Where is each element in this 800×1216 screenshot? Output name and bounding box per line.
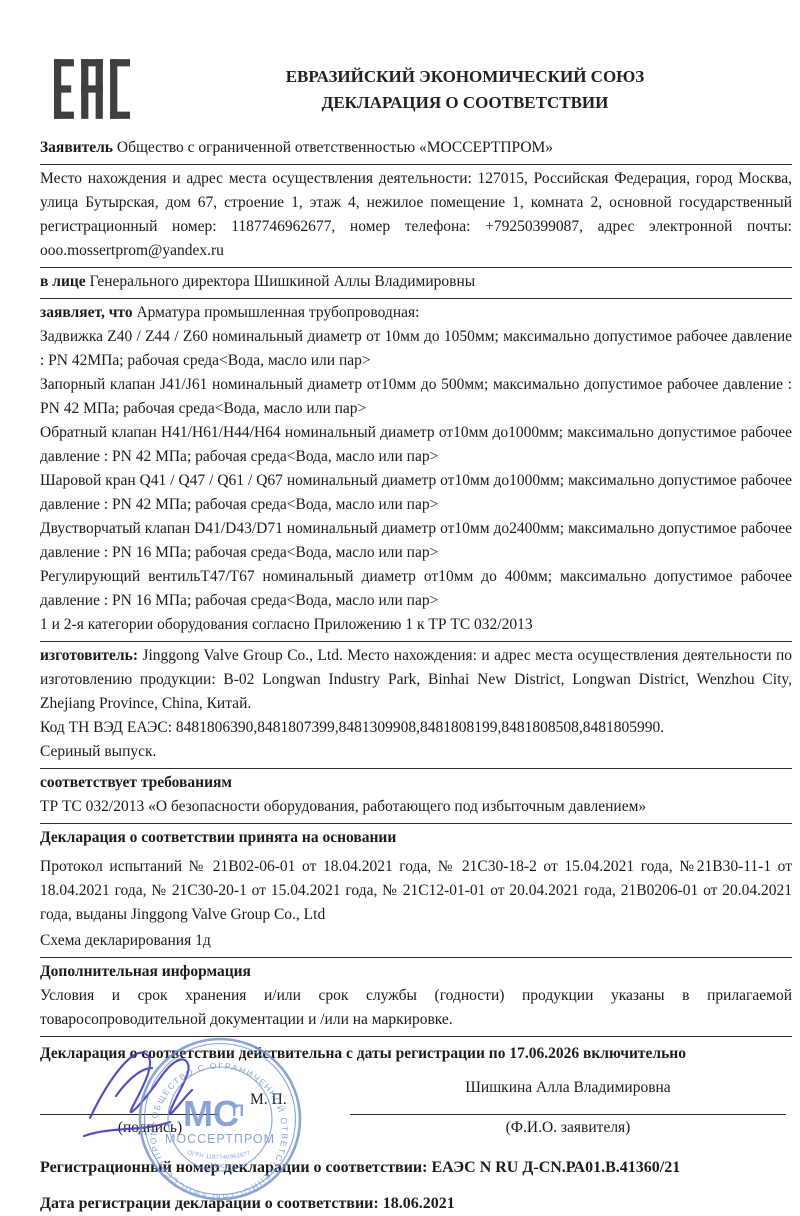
basis-label: Декларация о соответствии принята на осн…	[40, 829, 396, 846]
declaration-document: ЕВРАЗИЙСКИЙ ЭКОНОМИЧЕСКИЙ СОЮЗ ДЕКЛАРАЦИ…	[40, 56, 792, 1216]
tnved-codes: 8481806390,8481807399,8481309908,8481808…	[176, 719, 664, 736]
basis-section: Декларация о соответствии принята на осн…	[40, 824, 792, 958]
signature-line	[40, 1114, 218, 1115]
fio-caption: (Ф.И.О. заявителя)	[350, 1116, 786, 1140]
manufacturer-info: Jinggong Valve Group Co., Ltd. Место нах…	[40, 647, 792, 712]
product-item: Задвижка Z40 / Z44 / Z60 номинальный диа…	[40, 325, 792, 373]
tnved-label: Код ТН ВЭД ЕАЭС:	[40, 719, 172, 736]
document-titles: ЕВРАЗИЙСКИЙ ЭКОНОМИЧЕСКИЙ СОЮЗ ДЕКЛАРАЦИ…	[138, 56, 792, 116]
product-name: Арматура промышленная трубопроводная:	[136, 304, 419, 321]
compliance-text: ТР ТС 032/2013 «О безопасности оборудова…	[40, 795, 792, 819]
signature-caption: (подпись)	[70, 1116, 230, 1140]
compliance-section: соответствует требованиям ТР ТС 032/2013…	[40, 769, 792, 824]
applicant-row: Заявитель Общество с ограниченной ответс…	[40, 134, 792, 165]
product-section: заявляет, что Арматура промышленная труб…	[40, 299, 792, 642]
manufacturer-label: изготовитель:	[40, 647, 138, 664]
registration-number-row: Регистрационный номер декларации о соотв…	[40, 1156, 792, 1180]
representative-row: в лице Генерального директора Шишкиной А…	[40, 268, 792, 299]
product-item: Регулирующий вентильT47/T67 номинальный …	[40, 565, 792, 613]
representative-label: в лице	[40, 273, 86, 290]
product-item: Шаровой кран Q41 / Q47 / Q61 / Q67 номин…	[40, 469, 792, 517]
applicant-fio: Шишкина Алла Владимировна	[350, 1076, 786, 1100]
applicant-name: Общество с ограниченной ответственностью…	[117, 139, 553, 156]
mp-mark: М. П.	[250, 1088, 287, 1112]
tnved-row: Код ТН ВЭД ЕАЭС: 8481806390,8481807399,8…	[40, 716, 792, 740]
product-item: Двустворчатый клапан D41/D43/D71 номинал…	[40, 517, 792, 565]
manufacturer-section: изготовитель: Jinggong Valve Group Co., …	[40, 642, 792, 769]
eac-mark-icon	[54, 56, 130, 122]
additional-info-label: Дополнительная информация	[40, 963, 251, 980]
manufacturer-row: изготовитель: Jinggong Valve Group Co., …	[40, 644, 792, 716]
compliance-label: соответствует требованиям	[40, 774, 232, 791]
declares-label: заявляет, что	[40, 304, 133, 321]
applicant-label: Заявитель	[40, 139, 113, 156]
eac-logo	[40, 56, 138, 130]
product-item: Обратный клапан H41/H61/H44/H64 номиналь…	[40, 421, 792, 469]
category-note: 1 и 2-я категории оборудования согласно …	[40, 613, 792, 637]
signature-area: М. П. (подпись) Шишкина Алла Владимировн…	[40, 1072, 792, 1148]
product-item: Запорный клапан J41/J61 номинальный диам…	[40, 373, 792, 421]
additional-info-section: Дополнительная информация Условия и срок…	[40, 958, 792, 1037]
stamp-logo-small-text: П	[232, 1101, 244, 1120]
additional-info-text: Условия и срок хранения и/или срок служб…	[40, 984, 792, 1032]
representative-name: Генерального директора Шишкиной Аллы Вла…	[90, 273, 476, 290]
registration-date-row: Дата регистрации декларации о соответств…	[40, 1192, 792, 1216]
document-header: ЕВРАЗИЙСКИЙ ЭКОНОМИЧЕСКИЙ СОЮЗ ДЕКЛАРАЦИ…	[40, 56, 792, 130]
fio-line	[350, 1114, 786, 1115]
validity-row: Декларация о соответствии действительна …	[40, 1037, 792, 1070]
doc-title: ДЕКЛАРАЦИЯ О СООТВЕТСТВИИ	[138, 90, 792, 116]
declaration-scheme: Схема декларирования 1д	[40, 929, 792, 953]
test-protocols: Протокол испытаний № 21B02-06-01 от 18.0…	[40, 855, 792, 927]
declares-row: заявляет, что Арматура промышленная труб…	[40, 301, 792, 325]
union-title: ЕВРАЗИЙСКИЙ ЭКОНОМИЧЕСКИЙ СОЮЗ	[138, 64, 792, 90]
applicant-address: Место нахождения и адрес места осуществл…	[40, 165, 792, 268]
serial-note: Сериный выпуск.	[40, 740, 792, 764]
